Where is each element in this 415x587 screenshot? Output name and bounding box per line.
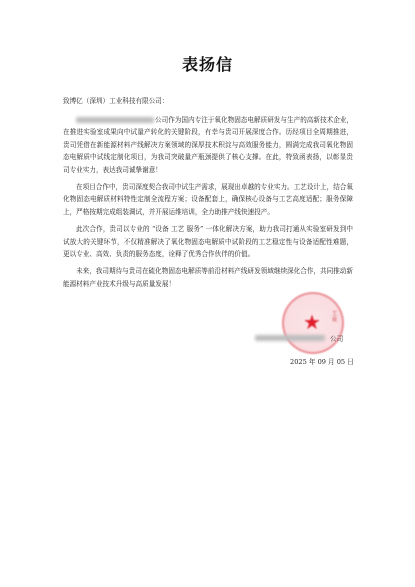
signature-date: 2025 年 09 月 05 日 [290,356,354,366]
redacted-company-name [76,117,154,123]
letter-body: 公司作为国内专注于氧化物固态电解质研发与生产的高新技术企业，在推进实验室成果向中… [63,114,353,295]
paragraph-1: 公司作为国内专注于氧化物固态电解质研发与生产的高新技术企业，在推进实验室成果向中… [63,114,353,176]
seal-text: 工业 [329,310,338,322]
company-seal: ★ 工业 [282,292,344,354]
salutation: 致博亿（深圳）工业科技有限公司： [63,95,169,105]
paragraph-2: 在项目合作中，贵司深度契合我司中试生产需求，展现出卓越的专业实力。工艺设计上，结… [63,181,353,218]
signature-company: 公司 [255,333,360,343]
redacted-signature-name [255,335,325,341]
letter-title: 表扬信 [0,52,415,75]
star-icon: ★ [303,312,321,332]
signature-company-suffix: 公司 [330,333,343,343]
paragraph-4: 未来，我司期待与贵司在硫化物固态电解质等前沿材料产线研发领域继续深化合作，共同推… [63,265,353,290]
paragraph-3: 此次合作，贵司以专业的 “设备 工艺 服务” 一体化解决方案，助力我司打通从实验… [63,223,353,260]
letter-page: 表扬信 致博亿（深圳）工业科技有限公司： 公司作为国内专注于氧化物固态电解质研发… [0,0,415,587]
